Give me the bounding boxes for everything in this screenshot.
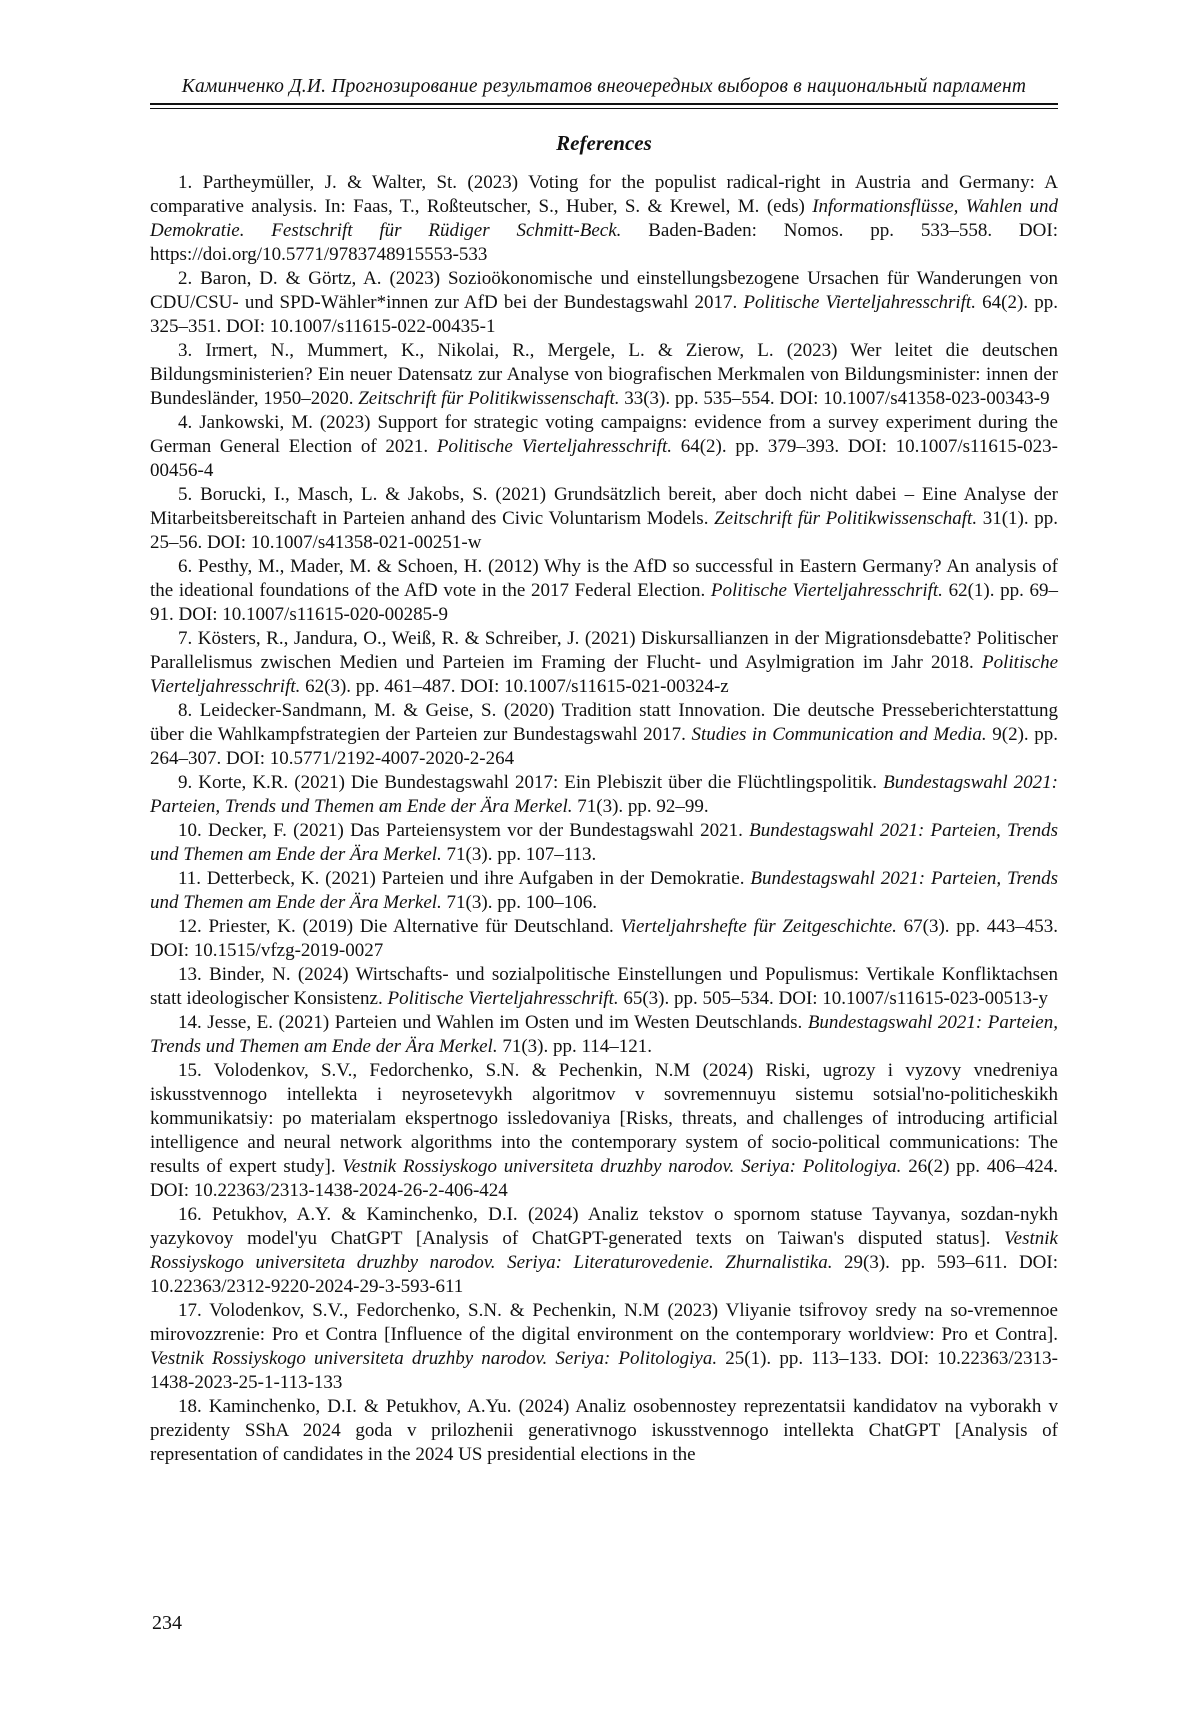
running-head: Каминченко Д.И. Прогнозирование результа… [150,76,1058,98]
reference-entry-2: 2. Baron, D. & Görtz, A. (2023) Sozioöko… [150,267,1058,339]
reference-source-title: Studies in Communication and Media. [691,724,986,745]
reference-text: 7. Kösters, R., Jandura, O., Weiß, R. & … [150,628,1058,673]
reference-text: 71(3). pp. 92–99. [573,796,709,817]
reference-source-title: Politische Vierteljahresschrift. [711,580,943,601]
reference-text: 16. Petukhov, A.Y. & Kaminchenko, D.I. (… [150,1204,1058,1249]
reference-text: 11. Detterbeck, K. (2021) Parteien und i… [178,868,750,889]
reference-source-title: Vierteljahrshefte für Zeitgeschichte. [620,916,896,937]
reference-entry-10: 10. Decker, F. (2021) Das Parteiensystem… [150,819,1058,867]
reference-entry-1: 1. Partheymüller, J. & Walter, St. (2023… [150,171,1058,267]
reference-text: 71(3). pp. 107–113. [442,844,596,865]
reference-source-title: Politische Vierteljahresschrift. [437,436,672,457]
reference-text: 12. Priester, K. (2019) Die Alternative … [178,916,620,937]
reference-text: 71(3). pp. 100–106. [442,892,597,913]
references-list: 1. Partheymüller, J. & Walter, St. (2023… [150,171,1058,1467]
reference-source-title: Vestnik Rossiyskogo universiteta druzhby… [150,1348,717,1369]
reference-entry-17: 17. Volodenkov, S.V., Fedorchenko, S.N. … [150,1299,1058,1395]
header-rule [150,103,1058,109]
reference-text: 62(3). pp. 461–487. DOI: 10.1007/s11615-… [300,676,728,697]
reference-text: 14. Jesse, E. (2021) Parteien und Wahlen… [178,1012,808,1033]
reference-source-title: Vestnik Rossiyskogo universiteta druzhby… [342,1156,901,1177]
reference-entry-7: 7. Kösters, R., Jandura, O., Weiß, R. & … [150,627,1058,699]
reference-entry-14: 14. Jesse, E. (2021) Parteien und Wahlen… [150,1011,1058,1059]
reference-entry-4: 4. Jankowski, M. (2023) Support for stra… [150,411,1058,483]
reference-text: 65(3). pp. 505–534. DOI: 10.1007/s11615-… [619,988,1048,1009]
reference-source-title: Zeitschrift für Politikwissenschaft. [714,508,977,529]
reference-entry-16: 16. Petukhov, A.Y. & Kaminchenko, D.I. (… [150,1203,1058,1299]
reference-entry-15: 15. Volodenkov, S.V., Fedorchenko, S.N. … [150,1059,1058,1203]
reference-entry-9: 9. Korte, K.R. (2021) Die Bundestagswahl… [150,771,1058,819]
reference-entry-12: 12. Priester, K. (2019) Die Alternative … [150,915,1058,963]
reference-entry-6: 6. Pesthy, M., Mader, M. & Schoen, H. (2… [150,555,1058,627]
reference-text: 33(3). pp. 535–554. DOI: 10.1007/s41358-… [619,388,1049,409]
reference-text: 10. Decker, F. (2021) Das Parteiensystem… [178,820,749,841]
reference-entry-5: 5. Borucki, I., Masch, L. & Jakobs, S. (… [150,483,1058,555]
references-heading: References [150,131,1058,156]
reference-text: 71(3). pp. 114–121. [498,1036,652,1057]
reference-text: 9. Korte, K.R. (2021) Die Bundestagswahl… [178,772,883,793]
page-header: Каминченко Д.И. Прогнозирование результа… [150,76,1058,109]
reference-source-title: Politische Vierteljahresschrift. [743,292,976,313]
document-page: Каминченко Д.И. Прогнозирование результа… [0,0,1200,1729]
reference-entry-18: 18. Kaminchenko, D.I. & Petukhov, A.Yu. … [150,1395,1058,1467]
reference-source-title: Politische Vierteljahresschrift. [387,988,618,1009]
reference-source-title: Zeitschrift für Politikwissenschaft. [358,388,619,409]
reference-entry-3: 3. Irmert, N., Mummert, K., Nikolai, R.,… [150,339,1058,411]
reference-text: 17. Volodenkov, S.V., Fedorchenko, S.N. … [150,1300,1058,1345]
page-number: 234 [152,1612,182,1635]
reference-text: 18. Kaminchenko, D.I. & Petukhov, A.Yu. … [150,1396,1058,1465]
reference-entry-11: 11. Detterbeck, K. (2021) Parteien und i… [150,867,1058,915]
reference-entry-8: 8. Leidecker-Sandmann, M. & Geise, S. (2… [150,699,1058,771]
reference-entry-13: 13. Binder, N. (2024) Wirtschafts- und s… [150,963,1058,1011]
